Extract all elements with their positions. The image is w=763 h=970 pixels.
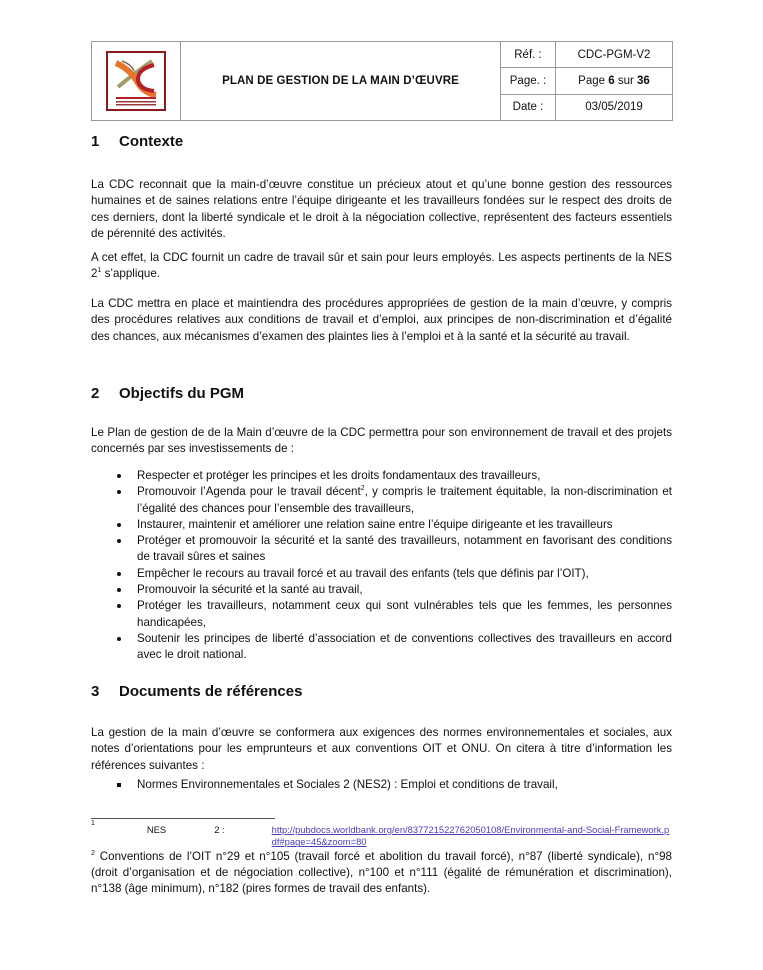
- footnote-separator: [91, 818, 275, 819]
- section-1-paragraph-1: La CDC reconnait que la main-d’œuvre con…: [91, 177, 672, 242]
- section-number: 2: [91, 385, 119, 402]
- ref-label: Réf. :: [501, 42, 556, 67]
- paragraph: La CDC reconnait que la main-d’œuvre con…: [91, 177, 672, 242]
- references-list: Normes Environnementales et Sociales 2 (…: [91, 777, 672, 793]
- objectives-list: Respecter et protéger les principes et l…: [91, 468, 672, 664]
- section-3-bullets: Normes Environnementales et Sociales 2 (…: [91, 777, 672, 793]
- heading-documents: 3Documents de références: [91, 683, 672, 700]
- page-total: 36: [637, 75, 650, 87]
- section-1-paragraph-3: La CDC mettra en place et maintiendra de…: [91, 296, 672, 345]
- paragraph: La CDC mettra en place et maintiendra de…: [91, 296, 672, 345]
- list-item: Promouvoir la sécurité et la santé au tr…: [91, 582, 672, 598]
- meta-row-ref: Réf. : CDC-PGM-V2: [501, 42, 672, 68]
- list-item: Instaurer, maintenir et améliorer une re…: [91, 517, 672, 533]
- list-item: Respecter et protéger les principes et l…: [91, 468, 672, 484]
- logo-cell: [92, 42, 181, 120]
- cdc-logo-graphic: [108, 53, 164, 109]
- paragraph: Le Plan de gestion de de la Main d’œuvre…: [91, 425, 672, 458]
- footnotes: 1 NES 2 : http://pubdocs.worldbank.org/e…: [91, 824, 672, 898]
- paragraph: A cet effet, la CDC fournit un cadre de …: [91, 250, 672, 283]
- footnote-number: 2: [91, 850, 95, 857]
- section-2-bullets: Respecter et protéger les principes et l…: [91, 468, 672, 664]
- list-item: Promouvoir l’Agenda pour le travail déce…: [91, 484, 672, 517]
- list-item: Soutenir les principes de liberté d’asso…: [91, 631, 672, 664]
- meta-row-page: Page. : Page 6 sur 36: [501, 68, 672, 94]
- list-item: Normes Environnementales et Sociales 2 (…: [91, 777, 672, 793]
- date-label: Date :: [501, 95, 556, 120]
- list-item: Empêcher le recours au travail forcé et …: [91, 566, 672, 582]
- section-number: 3: [91, 683, 119, 700]
- section-3-intro: La gestion de la main d’œuvre se conform…: [91, 725, 672, 774]
- document-meta: Réf. : CDC-PGM-V2 Page. : Page 6 sur 36 …: [501, 42, 672, 120]
- section-3-heading: 3Documents de références: [91, 683, 672, 700]
- ref-value: CDC-PGM-V2: [556, 42, 672, 67]
- paragraph: La gestion de la main d’œuvre se conform…: [91, 725, 672, 774]
- list-item-text: Promouvoir l’Agenda pour le travail déce…: [137, 485, 361, 498]
- section-title: Contexte: [119, 133, 183, 150]
- page-prefix: Page: [578, 75, 608, 87]
- section-2-heading: 2Objectifs du PGM: [91, 385, 672, 402]
- section-2-intro: Le Plan de gestion de de la Main d’œuvre…: [91, 425, 672, 458]
- footnote-1: 1 NES 2 : http://pubdocs.worldbank.org/e…: [91, 824, 672, 849]
- page-value: Page 6 sur 36: [556, 68, 672, 93]
- footnote-label-b: 2 :: [214, 824, 224, 849]
- document-page: PLAN DE GESTION DE LA MAIN D’ŒUVRE Réf. …: [0, 0, 763, 970]
- paragraph-text: A cet effet, la CDC fournit un cadre de …: [91, 251, 672, 280]
- date-value: 03/05/2019: [556, 95, 672, 120]
- page-label: Page. :: [501, 68, 556, 93]
- page-sep: sur: [615, 75, 637, 87]
- footnote-label-a: NES: [147, 824, 166, 849]
- heading-contexte: 1Contexte: [91, 133, 672, 150]
- list-item: Protéger les travailleurs, notamment ceu…: [91, 598, 672, 631]
- section-title: Documents de références: [119, 683, 302, 700]
- list-item: Protéger et promouvoir la sécurité et la…: [91, 533, 672, 566]
- paragraph-tail: s’applique.: [101, 267, 160, 280]
- footnote-1-line: 1 NES 2 : http://pubdocs.worldbank.org/e…: [91, 824, 672, 849]
- section-number: 1: [91, 133, 119, 150]
- document-header-table: PLAN DE GESTION DE LA MAIN D’ŒUVRE Réf. …: [91, 41, 673, 121]
- cdc-logo-icon: [106, 51, 166, 111]
- document-title: PLAN DE GESTION DE LA MAIN D’ŒUVRE: [181, 42, 501, 120]
- heading-objectifs: 2Objectifs du PGM: [91, 385, 672, 402]
- footnote-link[interactable]: http://pubdocs.worldbank.org/en/83772152…: [272, 824, 672, 849]
- meta-row-date: Date : 03/05/2019: [501, 95, 672, 120]
- section-1-paragraph-2: A cet effet, la CDC fournit un cadre de …: [91, 250, 672, 283]
- section-1-heading: 1Contexte: [91, 133, 672, 150]
- footnote-2: 2 Conventions de l’OIT n°29 et n°105 (tr…: [91, 849, 672, 898]
- footnote-text: Conventions de l’OIT n°29 et n°105 (trav…: [91, 850, 672, 896]
- section-title: Objectifs du PGM: [119, 385, 244, 402]
